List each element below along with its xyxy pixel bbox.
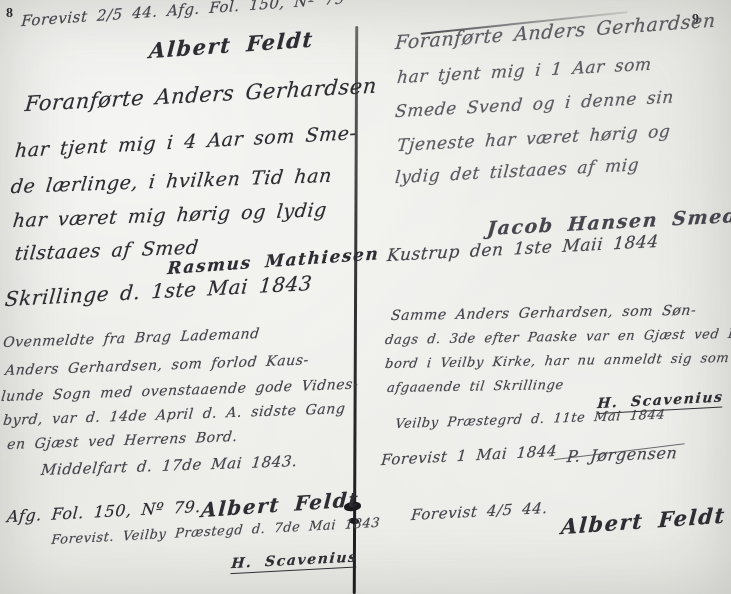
handwritten-line: Skrillinge d. 1ste Mai 1843 — [4, 271, 314, 311]
handwritten-line: Afg. Fol. 150, Nº 79. — [6, 497, 202, 526]
handwritten-line: Smede Svend og i denne sin — [394, 87, 674, 122]
handwritten-line: Samme Anders Gerhardsen, som Søn- — [390, 303, 697, 324]
signature-albert-feldt: Albert Feldt — [560, 502, 726, 539]
handwritten-line: Tjeneste har været hørig og — [396, 122, 671, 156]
handwritten-line: Veilby Præstegrd d. 11te Mai 1844 — [394, 408, 666, 432]
handwritten-line: har været mig hørig og lydig — [12, 199, 328, 232]
handwritten-line: byrd, var d. 14de April d. A. sidste Gan… — [2, 401, 346, 429]
manuscript-spread: 8Forevist 2/5 44. Afg. Fol. 150, Nº 79Al… — [0, 0, 731, 594]
signature-jorgensen: P. Jørgensen — [566, 443, 679, 466]
signature-albert-feldt: Albert Feldt — [148, 26, 314, 63]
handwritten-line: Forevist 1 Mai 1844 — [380, 442, 558, 469]
handwritten-line: lunde Sogn med ovenstaaende gode Vidnes- — [0, 377, 359, 406]
handwritten-line: har tjent mig i 1 Aar som — [396, 55, 652, 88]
handwritten-line: Forevist 2/5 44. Afg. Fol. 150, Nº 79 — [21, 0, 346, 30]
handwritten-line: Forevist 4/5 44. — [410, 499, 548, 524]
handwritten-line: har tjent mig i 4 Aar som Sme- — [14, 122, 357, 162]
handwritten-line: Foranførte Anders Gerhardsen — [394, 10, 716, 55]
handwritten-line: Foranførte Anders Gerhardsen — [24, 74, 378, 117]
handwritten-line: bord i Veilby Kirke, har nu anmeldt sig … — [384, 351, 730, 372]
handwritten-line: afgaaende til Skrillinge — [386, 378, 565, 396]
handwritten-line: Middelfart d. 17de Mai 1843. — [40, 452, 298, 479]
handwritten-line: Ovenmeldte fra Brag Lademand — [2, 326, 260, 351]
handwritten-line: lydig det tilstaaes af mig — [394, 155, 640, 188]
handwritten-line: dags d. 3de efter Paaske var en Gjæst ve… — [384, 326, 731, 348]
signature-scavenius: H. Scavenius — [230, 549, 358, 574]
signature-albert-feldt: Albert Feldt — [200, 487, 360, 522]
page-number-8: 8 — [6, 6, 13, 22]
handwritten-line: en Gjæst ved Herrens Bord. — [6, 429, 238, 453]
handwritten-line: Anders Gerhardsen, som forlod Kaus- — [4, 352, 309, 379]
handwritten-line: de lærlinge, i hvilken Tid han — [10, 165, 334, 198]
